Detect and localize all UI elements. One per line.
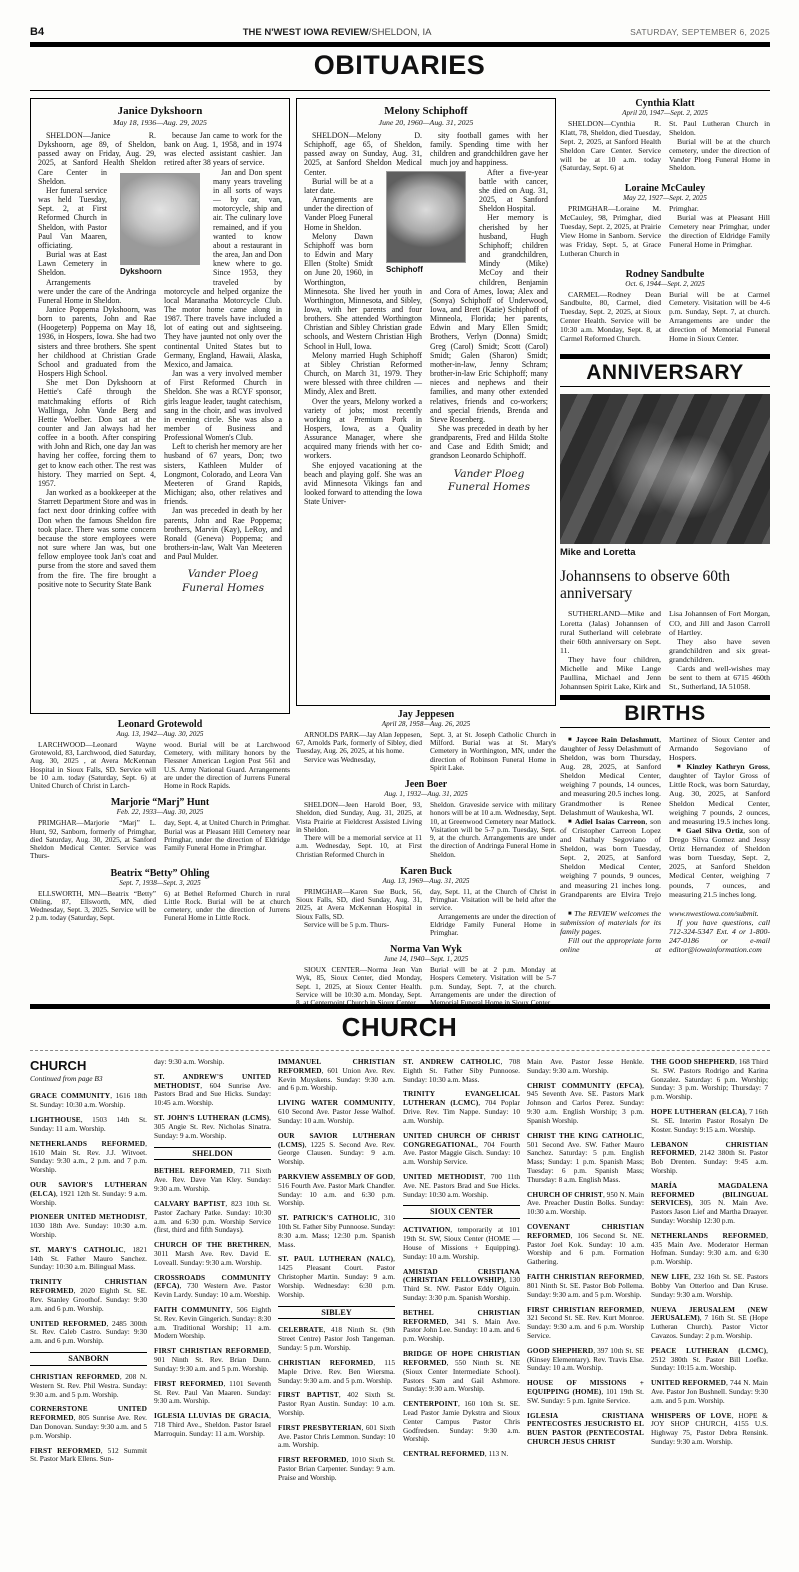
page-number: B4 [30, 26, 44, 38]
body-paragraph: Burial will be at 2 p.m. Monday at Hospe… [430, 966, 556, 1007]
church-name: CALVARY BAPTIST [154, 1199, 225, 1208]
body-paragraph: PRIMGHAR—Loraine M. McCauley, 98, Primgh… [560, 205, 661, 258]
obituary-photo-block: Dykshoorn [120, 173, 200, 276]
newborn-name: Gael Silva Ortiz [686, 826, 743, 835]
obituary-column: day, Sept. 11, at the Church of Christ i… [430, 888, 556, 937]
obituary-column: SIOUX CENTER—Norma Jean Van Wyk, 85, Sio… [296, 966, 422, 1007]
obituary-column: Burial will be at Carmel Cemetery. Visit… [669, 291, 770, 344]
church-listing: FIRST CHRISTIAN REFORMED, 321 Second St.… [527, 1306, 644, 1341]
banner-rule [560, 386, 770, 387]
church-name: CROSSROADS COMMUNITY (EFCA) [154, 1273, 271, 1291]
church-listing: CENTRAL REFORMED, 113 N. [403, 1450, 520, 1459]
body-paragraph: 6) at Bethel Reformed Church in rural Li… [164, 890, 290, 923]
body-paragraph: LARCHWOOD—Leonard Wayne Grotewold, 83, L… [30, 741, 156, 790]
obituary-column: PRIMGHAR—Karen Sue Buck, 56, Sioux Falls… [296, 888, 422, 937]
church-town-subheader: SHELDON [154, 1147, 271, 1161]
births-submission-note: ■ The REVIEW welcomes the submission of … [560, 909, 770, 955]
church-name: BETHEL REFORMED [154, 1166, 233, 1175]
church-continued-header: CHURCH [30, 1058, 147, 1074]
left-lower-obituaries: Leonard Grotewold Aug. 13, 1942—Aug. 30,… [30, 719, 290, 1009]
obituary-mccauley: Loraine McCauley May 22, 1927—Sept. 2, 2… [560, 183, 770, 258]
obituary-column: PRIMGHAR—Marjorie “Marj” L. Hunt, 92, Sa… [30, 819, 156, 860]
church-listing: MARÍA MAGDALENA REFORMED (BILINGUAL SERV… [651, 1182, 768, 1226]
church-town-subheader: SANBORN [30, 1352, 147, 1366]
church-listing: PEACE LUTHERAN (LCMC), 2512 380th St. Pa… [651, 1347, 768, 1373]
body-paragraph: They have four children, Michelle and Mi… [560, 655, 661, 691]
church-name: OUR SAVIOR LUTHERAN (LCMS) [278, 1131, 395, 1149]
church-name: HOPE LUTHERAN (ELCA) [651, 1107, 745, 1116]
church-listing: NEW LIFE, 232 16th St. SE. Pastors Bobby… [651, 1273, 768, 1299]
body-paragraph: She met Don Dykshoorn at Hettie's Café t… [38, 378, 156, 488]
church-listing: FIRST BAPTIST, 402 Sixth St. Pastor Ryan… [278, 1391, 395, 1417]
body-paragraph: Sheldon. Graveside service with military… [430, 801, 556, 859]
church-banner-bar [30, 1004, 770, 1009]
anniversary-couple-photo [560, 394, 770, 544]
church-listing: NETHERLANDS REFORMED, 1610 Main St. Rev.… [30, 1140, 147, 1175]
birth-announcements: ■ Jaycee Rain Delashmutt, daughter of Je… [560, 735, 770, 899]
obituary-name: Rodney Sandbulte [560, 269, 770, 280]
church-listing: LEBANON CHRISTIAN REFORMED, 2142 380th S… [651, 1141, 768, 1176]
body-paragraph: St. Paul Lutheran Church in Sheldon. [669, 120, 770, 138]
body-paragraph: Cards and well-wishes may be sent to the… [669, 664, 770, 691]
church-listing: FIRST REFORMED, 1101 Seventh St. Rev. Pa… [154, 1380, 271, 1406]
church-name: CHRISTIAN REFORMED [30, 1372, 120, 1381]
anniversary-headline: Johannsens to observe 60th anniversary [560, 568, 770, 603]
body-paragraph: PRIMGHAR—Marjorie “Marj” L. Hunt, 92, Sa… [30, 819, 156, 860]
church-listing: CHRIST THE KING CATHOLIC, 501 Second Ave… [527, 1132, 644, 1185]
obituary-name: Melony Schiphoff [304, 105, 548, 117]
church-name: PARKVIEW ASSEMBLY OF GOD [278, 1172, 393, 1181]
body-paragraph: sity football games with her family. Spe… [430, 131, 548, 168]
obituary-dates: May 22, 1927—Sept. 2, 2025 [560, 194, 770, 202]
middle-lower-obituaries: Jay Jeppesen April 28, 1958—Aug. 26, 202… [296, 709, 556, 1009]
church-name: FIRST REFORMED [154, 1379, 224, 1388]
church-listing: CROSSROADS COMMUNITY (EFCA), 730 Western… [154, 1274, 271, 1300]
obituary-column: ARNOLDS PARK—Jay Alan Jeppesen, 67, Arno… [296, 731, 422, 772]
church-name: HOUSE OF MISSIONS + EQUIPPING (HOME) [527, 1378, 644, 1396]
body-paragraph: Service was Wednesday, [296, 756, 422, 764]
church-name: CENTERPOINT [403, 1399, 458, 1408]
square-bullet-icon: ■ [568, 911, 574, 917]
church-name: GOOD SHEPHERD [527, 1346, 593, 1355]
church-name: LEBANON CHRISTIAN REFORMED [651, 1140, 768, 1158]
church-town-subheader: SIOUX CENTER [403, 1205, 520, 1219]
church-name: UNITED REFORMED [30, 1319, 107, 1328]
photo-caption: Dykshoorn [120, 267, 200, 276]
church-name: CELEBRATE [278, 1325, 324, 1334]
church-rule [30, 1050, 770, 1051]
church-column-2: day: 9:30 a.m. Worship.ST. ANDREW'S UNIT… [154, 1058, 271, 1568]
body-paragraph: SHELDON—Jeen Harold Boer, 93, Sheldon, d… [296, 801, 422, 834]
obituary-column: Burial will be at 2 p.m. Monday at Hospe… [430, 966, 556, 1007]
church-listing: TRINITY EVANGELICAL LUTHERAN (LCMC), 704… [403, 1090, 520, 1125]
church-name: NEW LIFE [651, 1272, 689, 1281]
obituary-vanwyk: Norma Van Wyk June 14, 1940—Sept. 1, 202… [296, 944, 556, 1007]
obituaries-rule [30, 90, 770, 91]
church-name: COVENANT CHRISTIAN REFORMED [527, 1222, 644, 1240]
church-listing: day: 9:30 a.m. Worship. [154, 1058, 271, 1067]
square-bullet-icon: ■ [677, 764, 686, 770]
obituary-boer: Jeen Boer Aug. 1, 1932—Aug. 31, 2025 SHE… [296, 779, 556, 859]
obituary-name: Loraine McCauley [560, 183, 770, 194]
church-listing: FAITH CHRISTIAN REFORMED, 801 Ninth St. … [527, 1273, 644, 1299]
births-section-title: BIRTHS [560, 700, 770, 727]
obituary-column: Primghar.Burial was at Pleasant Hill Cem… [669, 205, 770, 258]
obituary-hunt: Marjorie “Marj” Hunt Feb. 22, 1933—Aug. … [30, 797, 290, 860]
body-paragraph: Jan was a very involved member of First … [164, 369, 282, 442]
body-paragraph: Arrangements were under the care of the … [38, 278, 156, 305]
body-paragraph: SUTHERLAND—Mike and Loretta (Jalas) Joha… [560, 609, 661, 654]
church-listing: FAITH COMMUNITY, 506 Eighth St. Rev. Kev… [154, 1306, 271, 1341]
photo-caption: Schiphoff [386, 265, 466, 274]
body-paragraph: Janice Poppema Dykshoorn, was born to pa… [38, 305, 156, 378]
body-paragraph: Burial will be at Carmel Cemetery. Visit… [669, 291, 770, 344]
church-name: ST. PAUL LUTHERAN (NALC) [278, 1254, 393, 1263]
obituary-name: Beatrix “Betty” Ohling [30, 868, 290, 879]
church-name: NETHERLANDS REFORMED [651, 1231, 766, 1240]
church-name: UNITED REFORMED [651, 1378, 726, 1387]
church-listing: NUEVA JERUSALEM (NEW JERUSALEM), 7 16th … [651, 1306, 768, 1341]
church-listing: THE GOOD SHEPHERD, 168 Third St. SW. Pas… [651, 1058, 768, 1102]
square-bullet-icon: ■ [568, 737, 576, 743]
obituary-column: Sheldon. Graveside service with military… [430, 801, 556, 859]
church-continued-note: Continued from page B3 [30, 1075, 147, 1084]
publication-name: THE N'WEST IOWA REVIEW [243, 27, 369, 38]
anniversary-column: Lisa Johannsen of Fort Morgan, CO, and J… [669, 609, 770, 690]
funeral-home-signature: Vander Ploeg Funeral Homes [430, 468, 548, 495]
church-name: AMISTAD CRISTIANA (CHRISTIAN FELLOWSHIP) [403, 1267, 520, 1285]
church-listing: CENTERPOINT, 160 10th St. SE. Lead Pasto… [403, 1400, 520, 1444]
church-name: PEACE LUTHERAN (LCMC) [651, 1346, 766, 1355]
births-note: If you have questions, call 712-324-5347… [669, 918, 770, 954]
obituary-buck: Karen Buck Aug. 13, 1969—Aug. 31, 2025 P… [296, 866, 556, 937]
birth-entry: ■ Gael Silva Ortiz, son of Drego Silva G… [669, 826, 770, 899]
schiphoff-portrait-photo [386, 171, 466, 263]
church-name: CHRIST THE KING CATHOLIC [527, 1131, 642, 1140]
church-listing: HOPE LUTHERAN (ELCA), 7 16th St. SE. Int… [651, 1108, 768, 1134]
church-listing: ACTIVATION, temporarily at 101 19th St. … [403, 1226, 520, 1261]
obituary-sandbulte: Rodney Sandbulte Oct. 6, 1944—Sept. 2, 2… [560, 269, 770, 344]
body-paragraph: ELLSWORTH, MN—Beatrix “Betty” Ohling, 87… [30, 890, 156, 923]
church-name: LIVING WATER COMMUNITY [278, 1098, 393, 1107]
church-listing: IGLESIA CRISTIANA PENTECOSTES JESUCRISTO… [527, 1412, 644, 1447]
body-paragraph: There will be a memorial service at 11 a… [296, 834, 422, 859]
newborn-name: Adiel Isaias Carreon [575, 817, 646, 826]
church-listing: FIRST CHRISTIAN REFORMED, 901 Ninth St. … [154, 1347, 271, 1373]
body-paragraph: PRIMGHAR—Karen Sue Buck, 56, Sioux Falls… [296, 888, 422, 921]
obituary-column: St. Paul Lutheran Church in Sheldon.Buri… [669, 120, 770, 173]
body-paragraph: CARMEL—Rodney Dean Sandbulte, 80, Carmel… [560, 291, 661, 344]
church-name: ST. PATRICK'S CATHOLIC [278, 1213, 378, 1222]
body-paragraph: They also have seven grandchildren and s… [669, 637, 770, 664]
church-name: BETHEL CHRISTIAN REFORMED [403, 1308, 520, 1326]
body-paragraph: Jan worked as a bookkeeper at the Starre… [38, 488, 156, 589]
church-listing: GRACE COMMUNITY, 1616 18th St. Sunday: 1… [30, 1092, 147, 1110]
church-listing: ST. ANDREW'S UNITED METHODIST, 604 Sunri… [154, 1073, 271, 1108]
church-listing: UNITED REFORMED, 744 N. Main Ave. Pastor… [651, 1379, 768, 1405]
church-name: THE GOOD SHEPHERD [651, 1058, 735, 1066]
church-listing: FIRST PRESBYTERIAN, 601 Sixth Ave. Pasto… [278, 1424, 395, 1450]
church-listing: COVENANT CHRISTIAN REFORMED, 106 Second … [527, 1223, 644, 1267]
church-listing: ST. MARY'S CATHOLIC, 1821 14th St. Fathe… [30, 1246, 147, 1272]
church-name: FAITH COMMUNITY [154, 1305, 231, 1314]
body-paragraph: Lisa Johannsen of Fort Morgan, CO, and J… [669, 609, 770, 636]
obituary-column: CARMEL—Rodney Dean Sandbulte, 80, Carmel… [560, 291, 661, 344]
obituary-column: SHELDON—Cynthia R. Klatt, 78, Sheldon, d… [560, 120, 661, 173]
church-listing: CHURCH OF THE BRETHREN, 3011 Marsh Ave. … [154, 1241, 271, 1267]
church-column-6: THE GOOD SHEPHERD, 168 Third St. SW. Pas… [651, 1058, 768, 1568]
church-listing: BETHEL REFORMED, 711 Sixth Ave. Rev. Dav… [154, 1167, 271, 1193]
church-name: FIRST PRESBYTERIAN [278, 1423, 361, 1432]
obituary-dates: Aug. 1, 1932—Aug. 31, 2025 [296, 790, 556, 798]
births-note: ■ The REVIEW welcomes the submission of … [560, 909, 661, 936]
newborn-name: Kinzley Kathryn Gross [686, 762, 768, 771]
church-name: TRINITY EVANGELICAL LUTHERAN (LCMC) [403, 1089, 520, 1107]
publication-location: /SHELDON, IA [369, 27, 432, 38]
church-listing: NETHERLANDS REFORMED, 435 Main Ave. Mode… [651, 1232, 768, 1267]
church-listing: FIRST REFORMED, 1010 Sixth St. Pastor Br… [278, 1456, 395, 1482]
obituary-ohling: Beatrix “Betty” Ohling Sept. 7, 1938—Sep… [30, 868, 290, 923]
church-listing: ST. JOHN'S LUTHERAN (LCMS), 305 Angie St… [154, 1114, 271, 1140]
newspaper-page: { "masthead":{"page":"B4","publication":… [0, 0, 799, 1572]
church-column-5: Main Ave. Pastor Jesse Henkle. Sunday: 9… [527, 1058, 644, 1568]
church-name: ST. MARY'S CATHOLIC [30, 1245, 124, 1254]
body-paragraph: Over the years, Melony worked a variety … [304, 397, 422, 461]
church-name: BRIDGE OF HOPE CHRISTIAN REFORMED [403, 1349, 520, 1367]
obituary-dates: April 28, 1958—Aug. 26, 2025 [296, 720, 556, 728]
right-column: Cynthia Klatt April 20, 1947—Sept. 2, 20… [560, 98, 770, 1006]
church-listing: ST. PATRICK'S CATHOLIC, 310 10th St. Fat… [278, 1214, 395, 1249]
church-name: CHURCH OF CHRIST [527, 1190, 603, 1199]
body-paragraph: ARNOLDS PARK—Jay Alan Jeppesen, 67, Arno… [296, 731, 422, 756]
anniversary-section-title: ANNIVERSARY [560, 359, 770, 386]
church-name: IGLESIA LLUVIAS DE GRACIA [154, 1411, 269, 1420]
body-paragraph: day, Sept. 4, at United Church in Primgh… [164, 819, 290, 852]
publication-title: THE N'WEST IOWA REVIEW/SHELDON, IA [243, 27, 432, 38]
church-name: CHRIST COMMUNITY (EFCA) [527, 1081, 642, 1090]
church-name: ACTIVATION [403, 1225, 450, 1234]
funeral-home-signature: Vander Ploeg Funeral Homes [164, 568, 282, 595]
church-listing: UNITED METHODIST, 700 11th Ave. NE. Past… [403, 1173, 520, 1199]
anniversary-column: SUTHERLAND—Mike and Loretta (Jalas) Joha… [560, 609, 661, 690]
anniversary-photo-caption: Mike and Loretta [560, 547, 770, 558]
church-column-1: CHURCH Continued from page B3 GRACE COMM… [30, 1058, 147, 1568]
church-name: WHISPERS OF LOVE [651, 1411, 732, 1420]
church-name: CHRISTIAN REFORMED [278, 1358, 373, 1367]
church-name: FIRST REFORMED [30, 1446, 101, 1455]
church-name: FAITH CHRISTIAN REFORMED [527, 1272, 642, 1281]
body-paragraph: SHELDON—Cynthia R. Klatt, 78, Sheldon, d… [560, 120, 661, 173]
church-listing: BETHEL CHRISTIAN REFORMED, 341 S. Main A… [403, 1309, 520, 1344]
newborn-name: Jaycee Rain Delashmutt [576, 735, 659, 744]
church-listing: TRINITY CHRISTIAN REFORMED, 2020 Eighth … [30, 1278, 147, 1313]
church-name: TRINITY CHRISTIAN REFORMED [30, 1277, 147, 1295]
obituary-photo-block: Schiphoff [386, 171, 466, 274]
church-listing: UNITED REFORMED, 2485 300th St. Rev. Cal… [30, 1320, 147, 1346]
church-listing: AMISTAD CRISTIANA (CHRISTIAN FELLOWSHIP)… [403, 1268, 520, 1303]
body-paragraph: Service will be 5 p.m. Thurs- [296, 921, 422, 929]
church-listing: GOOD SHEPHERD, 397 10th St. SE (Kinsey E… [527, 1347, 644, 1373]
church-listing: LIVING WATER COMMUNITY, 610 Second Ave. … [278, 1099, 395, 1125]
church-listing: LIGHTHOUSE, 1503 14th St. Sunday: 11 a.m… [30, 1116, 147, 1134]
banner-rule [560, 727, 770, 728]
church-listing: CHRISTIAN REFORMED, 115 Maple Drive. Rev… [278, 1359, 395, 1385]
church-name: CHURCH OF THE BRETHREN [154, 1240, 269, 1249]
church-listing: CHRIST COMMUNITY (EFCA), 945 Seventh Ave… [527, 1082, 644, 1126]
church-name: UNITED METHODIST [403, 1172, 484, 1181]
church-listing: CORNERSTONE UNITED REFORMED, 805 Sunrise… [30, 1405, 147, 1440]
church-name: PIONEER UNITED METHODIST [30, 1212, 145, 1221]
body-paragraph: Sept. 3, at St. Joseph Catholic Church i… [430, 731, 556, 772]
church-listing: BRIDGE OF HOPE CHRISTIAN REFORMED, 550 N… [403, 1350, 520, 1394]
church-section-title: CHURCH [0, 1012, 799, 1043]
church-name: NETHERLANDS REFORMED [30, 1139, 145, 1148]
obituary-dates: Sept. 7, 1938—Sept. 3, 2025 [30, 879, 290, 887]
church-name: ST. JOHN'S LUTHERAN (LCMS) [154, 1113, 269, 1122]
church-column-3: IMMANUEL CHRISTIAN REFORMED, 601 Union A… [278, 1058, 395, 1568]
church-name: OUR SAVIOR'S LUTHERAN (ELCA) [30, 1180, 147, 1198]
obituary-column: 6) at Bethel Reformed Church in rural Li… [164, 890, 290, 923]
church-name: UNITED CHURCH OF CHRIST CONGREGATIONAL [403, 1131, 520, 1149]
church-listing: IGLESIA LLUVIAS DE GRACIA, 718 Third Ave… [154, 1412, 271, 1438]
birth-entry: ■ Jaycee Rain Delashmutt, daughter of Je… [560, 735, 661, 817]
church-name: IMMANUEL CHRISTIAN REFORMED [278, 1058, 395, 1075]
body-paragraph: Burial was at Pleasant Hill Cemetery nea… [669, 214, 770, 250]
church-town-subheader: SIBLEY [278, 1306, 395, 1320]
church-listing: Main Ave. Pastor Jesse Henkle. Sunday: 9… [527, 1058, 644, 1076]
church-name: CORNERSTONE UNITED REFORMED [30, 1404, 147, 1422]
church-name: FIRST REFORMED [278, 1455, 347, 1464]
obituary-dates: May 18, 1936—Aug. 29, 2025 [38, 118, 282, 127]
body-paragraph: Burial will be at the church cemetery, u… [669, 138, 770, 174]
obituary-dates: June 20, 1960—Aug. 31, 2025 [304, 118, 548, 127]
obituary-column: day, Sept. 4, at United Church in Primgh… [164, 819, 290, 860]
obituary-dates: Feb. 22, 1933—Aug. 30, 2025 [30, 808, 290, 816]
obituary-dates: Oct. 6, 1944—Sept. 2, 2025 [560, 280, 770, 288]
obituary-dates: Aug. 13, 1969—Aug. 31, 2025 [296, 877, 556, 885]
births-banner: BIRTHS [560, 695, 770, 728]
obituary-klatt: Cynthia Klatt April 20, 1947—Sept. 2, 20… [560, 98, 770, 173]
church-name: GRACE COMMUNITY [30, 1091, 110, 1100]
church-listing: FIRST REFORMED, 512 Summit St. Pastor Ma… [30, 1447, 147, 1465]
obituary-name: Karen Buck [296, 866, 556, 877]
obituary-schiphoff: Melony Schiphoff June 20, 1960—Aug. 31, … [296, 98, 556, 706]
obituary-name: Janice Dykshoorn [38, 105, 282, 117]
obituary-name: Jeen Boer [296, 779, 556, 790]
body-paragraph: day, Sept. 11, at the Church of Christ i… [430, 888, 556, 913]
body-paragraph: Melony married Hugh Schiphoff at Sibley … [304, 351, 422, 397]
issue-date: SATURDAY, SEPTEMBER 6, 2025 [630, 27, 770, 37]
obituary-column: LARCHWOOD—Leonard Wayne Grotewold, 83, L… [30, 741, 156, 790]
church-listing: OUR SAVIOR'S LUTHERAN (ELCA), 1921 12th … [30, 1181, 147, 1207]
church-listing: ST. PAUL LUTHERAN (NALC), 1425 Pleasant … [278, 1255, 395, 1299]
anniversary-banner: ANNIVERSARY [560, 354, 770, 387]
church-name: FIRST CHRISTIAN REFORMED [527, 1305, 642, 1314]
obituary-name: Jay Jeppesen [296, 709, 556, 720]
obituary-dates: April 20, 1947—Sept. 2, 2025 [560, 109, 770, 117]
church-listing: WHISPERS OF LOVE, HOPE & JOY SHOP CHURCH… [651, 1412, 768, 1447]
obituary-column: Sept. 3, at St. Joseph Catholic Church i… [430, 731, 556, 772]
church-name: FIRST BAPTIST [278, 1390, 339, 1399]
obituary-jeppesen: Jay Jeppesen April 28, 1958—Aug. 26, 202… [296, 709, 556, 772]
church-listing: HOUSE OF MISSIONS + EQUIPPING (HOME), 10… [527, 1379, 644, 1405]
obituary-name: Marjorie “Marj” Hunt [30, 797, 290, 808]
body-paragraph: She was preceded in death by her grandpa… [430, 424, 548, 461]
church-listing: CALVARY BAPTIST, 823 10th St. Pastor Zac… [154, 1200, 271, 1235]
obituary-name: Leonard Grotewold [30, 719, 290, 730]
obituaries-section-title: OBITUARIES [0, 50, 799, 81]
dykshoorn-portrait-photo [120, 173, 200, 265]
church-listing: OUR SAVIOR LUTHERAN (LCMS), 1225 S. Seco… [278, 1132, 395, 1167]
church-listing: CHURCH OF CHRIST, 950 N. Main Ave. Preac… [527, 1191, 644, 1217]
church-name: LIGHTHOUSE [30, 1115, 81, 1124]
obituary-name: Cynthia Klatt [560, 98, 770, 109]
church-name: CENTRAL REFORMED [403, 1449, 485, 1458]
church-listing: UNITED CHURCH OF CHRIST CONGREGATIONAL, … [403, 1132, 520, 1167]
church-listing: PARKVIEW ASSEMBLY OF GOD, 516 Fourth Ave… [278, 1173, 395, 1208]
body-paragraph: Left to cherish her memory are her husba… [164, 442, 282, 506]
masthead: B4 THE N'WEST IOWA REVIEW/SHELDON, IA SA… [30, 26, 770, 38]
body-paragraph: wood. Burial will be at Larchwood Cemete… [164, 741, 290, 790]
church-name: NUEVA JERUSALEM (NEW JERUSALEM) [651, 1305, 768, 1323]
church-name: MARÍA MAGDALENA REFORMED (BILINGUAL SERV… [651, 1181, 768, 1208]
obituary-dates: Aug. 13, 1942—Aug. 30, 2025 [30, 730, 290, 738]
church-listing: CELEBRATE, 418 Ninth St. (9th Street Cen… [278, 1326, 395, 1352]
obituary-name: Norma Van Wyk [296, 944, 556, 955]
church-listing: ST. ANDREW CATHOLIC, 708 Eighth St. Fath… [403, 1058, 520, 1084]
square-bullet-icon: ■ [568, 819, 575, 825]
birth-entry: ■ Kinzley Kathryn Gross, daughter of Tay… [669, 762, 770, 826]
body-paragraph: Jan was preceded in death by her parents… [164, 506, 282, 561]
church-listing: IMMANUEL CHRISTIAN REFORMED, 601 Union A… [278, 1058, 395, 1093]
masthead-rule [30, 42, 770, 47]
obituary-dates: June 14, 1940—Sept. 1, 2025 [296, 955, 556, 963]
obituary-column: ELLSWORTH, MN—Beatrix “Betty” Ohling, 87… [30, 890, 156, 923]
obituary-column: SHELDON—Jeen Harold Boer, 93, Sheldon, d… [296, 801, 422, 859]
body-paragraph: SIOUX CENTER—Norma Jean Van Wyk, 85, Sio… [296, 966, 422, 1007]
church-column-4: ST. ANDREW CATHOLIC, 708 Eighth St. Fath… [403, 1058, 520, 1568]
body-paragraph: She enjoyed vacationing at the beach and… [304, 461, 422, 507]
obituary-column: wood. Burial will be at Larchwood Cemete… [164, 741, 290, 790]
church-name: FIRST CHRISTIAN REFORMED [154, 1346, 269, 1355]
obituary-grotewold: Leonard Grotewold Aug. 13, 1942—Aug. 30,… [30, 719, 290, 790]
church-name: ST. ANDREW CATHOLIC [403, 1058, 501, 1066]
church-listing: PIONEER UNITED METHODIST, 1030 18th Ave.… [30, 1213, 147, 1239]
obituary-column: PRIMGHAR—Loraine M. McCauley, 98, Primgh… [560, 205, 661, 258]
church-name: ST. ANDREW'S UNITED METHODIST [154, 1072, 271, 1090]
church-name: IGLESIA CRISTIANA PENTECOSTES JESUCRISTO… [527, 1411, 644, 1446]
church-listing: CHRISTIAN REFORMED, 208 N. Western St. R… [30, 1373, 147, 1399]
obituary-dykshoorn: Janice Dykshoorn May 18, 1936—Aug. 29, 2… [30, 98, 290, 714]
body-paragraph: because Jan came to work for the bank on… [164, 131, 282, 168]
square-bullet-icon: ■ [677, 828, 686, 834]
body-paragraph: Arrangements are under the direction of … [430, 913, 556, 938]
